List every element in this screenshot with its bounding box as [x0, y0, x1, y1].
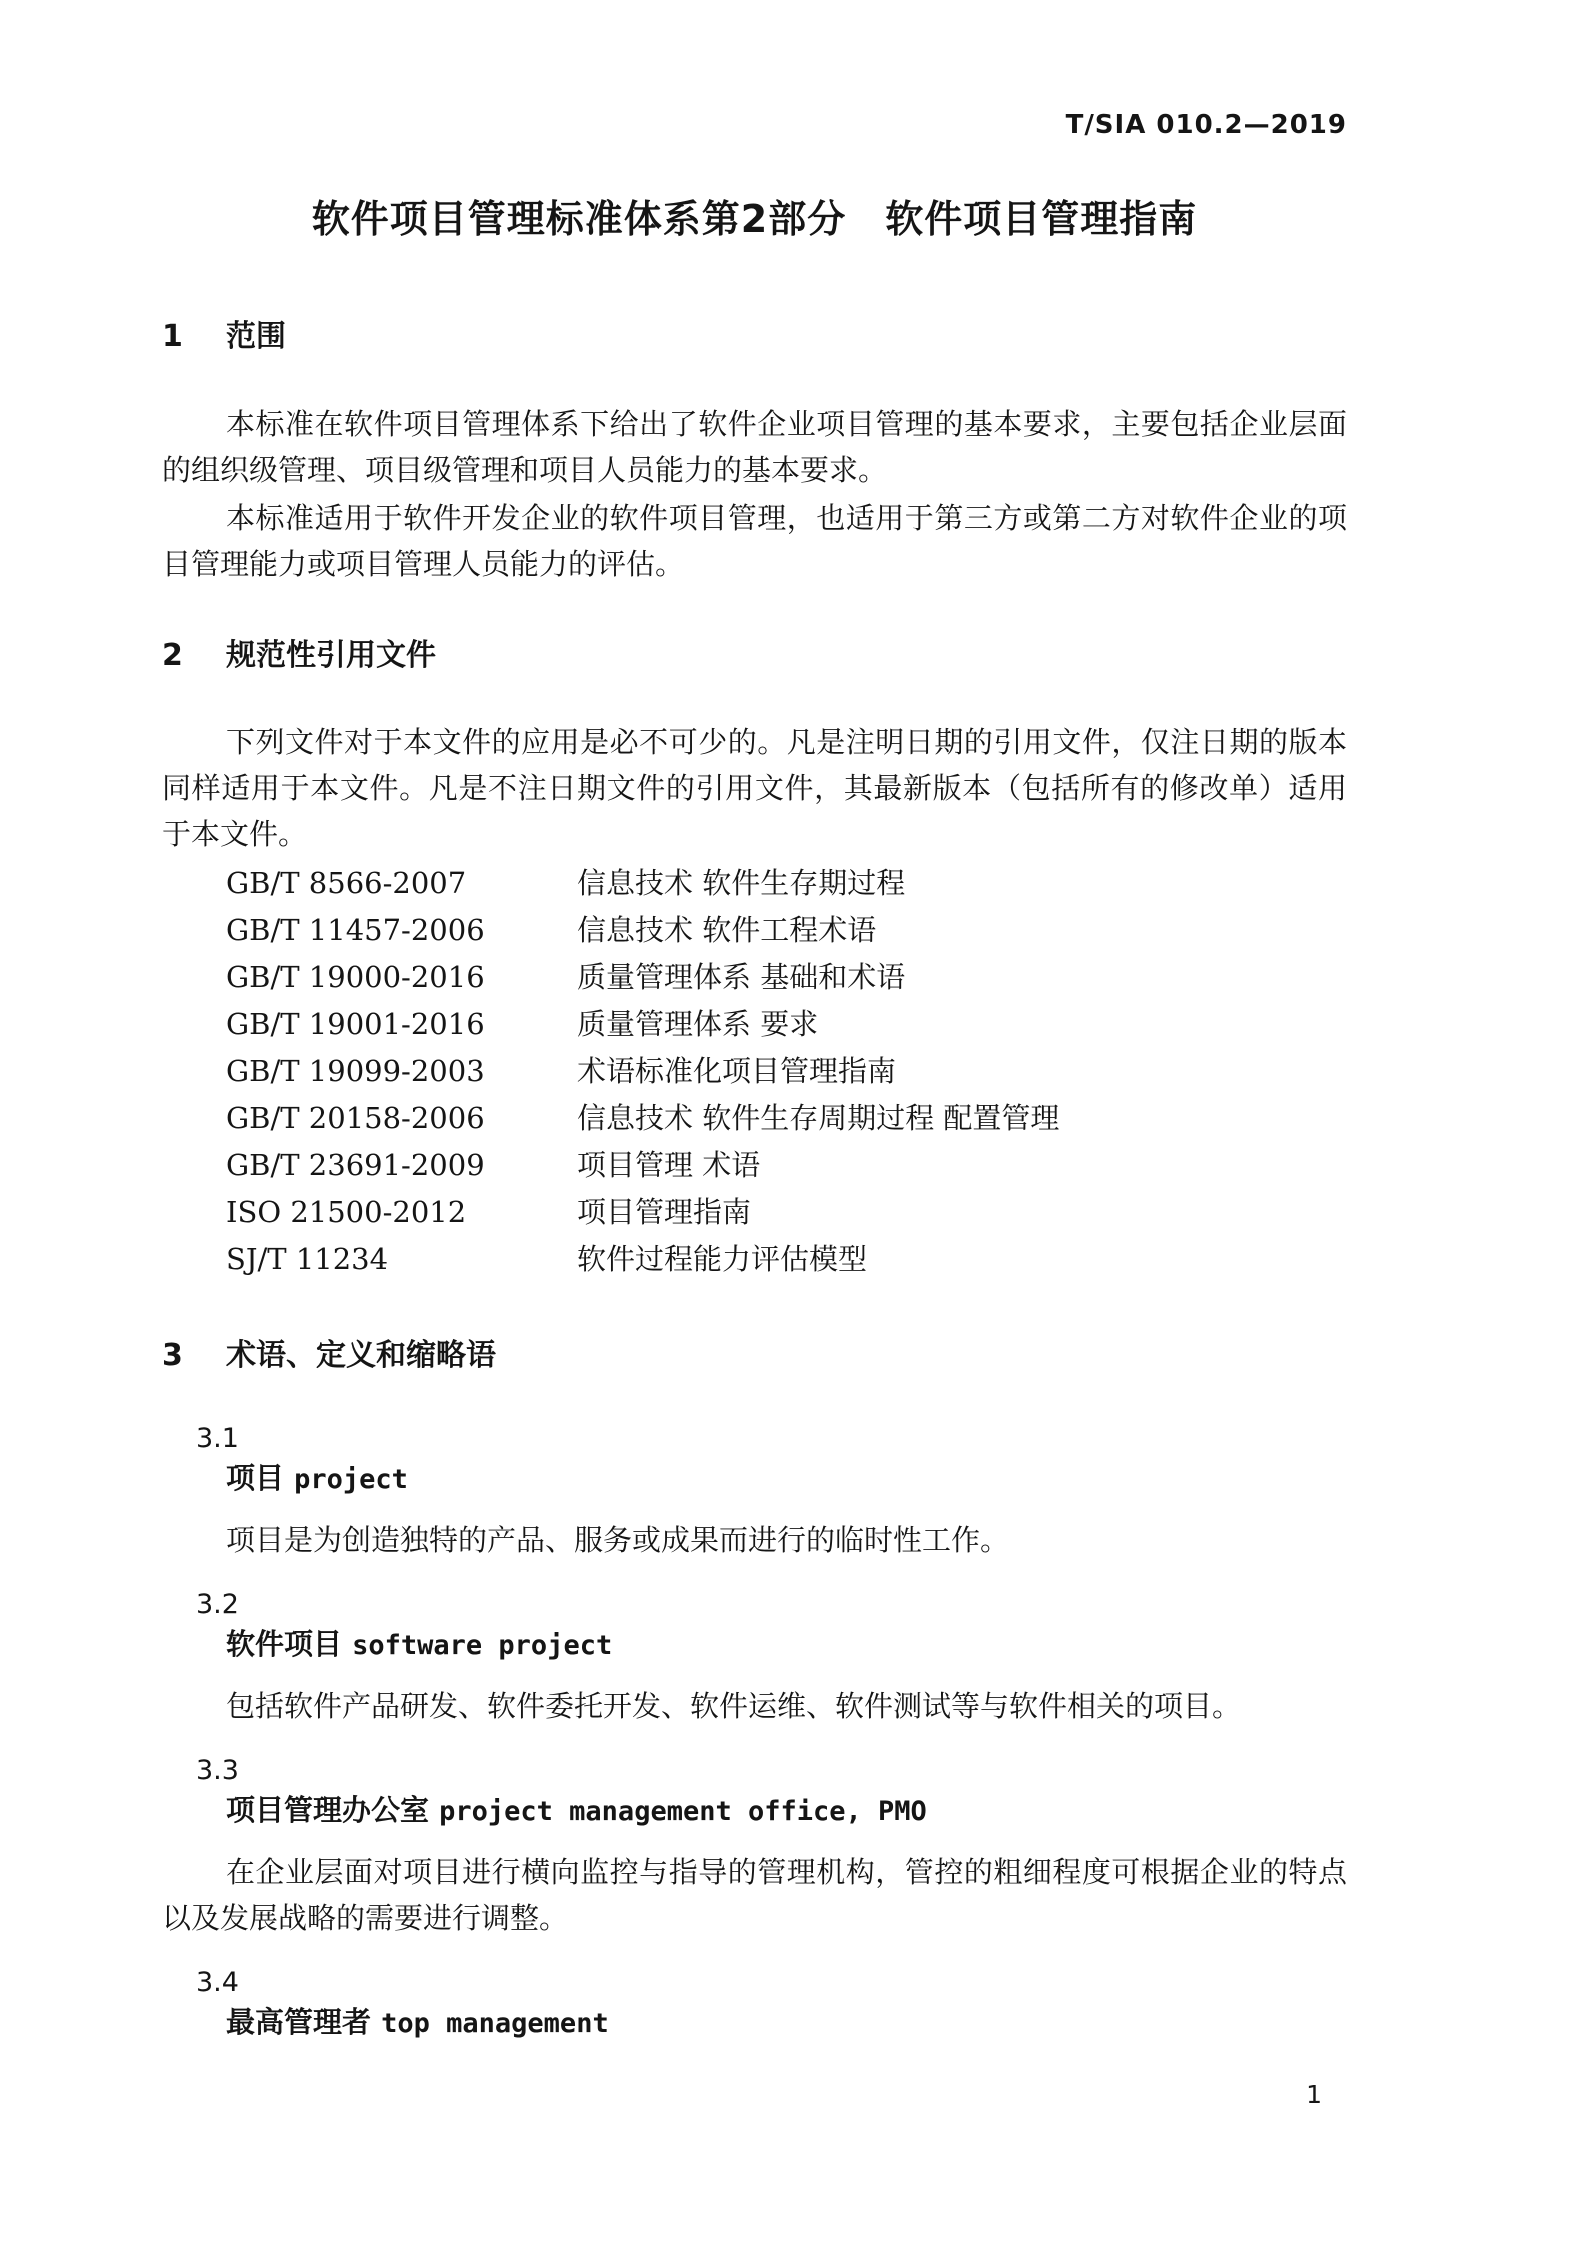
reference-title: 信息技术 软件生存周期过程 配置管理 [577, 1101, 1059, 1135]
reference-item: GB/T 11457-2006信息技术 软件工程术语 [226, 907, 1347, 954]
reference-item: GB/T 20158-2006信息技术 软件生存周期过程 配置管理 [226, 1095, 1347, 1142]
terms-list: 3.1 项目 project 项目是为创造独特的产品、服务或成果而进行的临时性工… [162, 1425, 1347, 2107]
term-id: 3.1 [196, 1425, 1347, 1452]
reference-item: ISO 21500-2012项目管理指南 [226, 1189, 1347, 1236]
reference-code: GB/T 11457-2006 [226, 907, 577, 954]
references-list: GB/T 8566-2007信息技术 软件生存期过程 GB/T 11457-20… [162, 860, 1347, 1283]
term-name: 项目管理办公室 project management office, PMO [226, 1796, 1347, 1825]
term-definition: 包括软件产品研发、软件委托开发、软件运维、软件测试等与软件相关的项目。 [162, 1683, 1347, 1729]
section-heading-terms: 3术语、定义和缩略语 [162, 1341, 1347, 1371]
reference-item: GB/T 19099-2003术语标准化项目管理指南 [226, 1048, 1347, 1095]
reference-title: 软件过程能力评估模型 [577, 1242, 867, 1276]
reference-code: ISO 21500-2012 [226, 1189, 577, 1236]
term-name-en: project [294, 1464, 408, 1495]
reference-title: 质量管理体系 要求 [577, 1007, 818, 1041]
section-number: 1 [162, 322, 226, 352]
term-id: 3.3 [196, 1757, 1347, 1784]
term-name-en: top management [381, 2008, 609, 2039]
section-label: 规范性引用文件 [226, 638, 436, 673]
term-block: 3.3 项目管理办公室 project management office, P… [162, 1757, 1347, 1941]
section-number: 3 [162, 1341, 226, 1371]
term-id: 3.2 [196, 1591, 1347, 1618]
reference-item: SJ/T 11234软件过程能力评估模型 [226, 1236, 1347, 1283]
term-name: 最高管理者 top management [226, 2008, 1347, 2037]
term-definition: 项目是为创造独特的产品、服务或成果而进行的临时性工作。 [162, 1517, 1347, 1563]
page-number: 1 [1306, 2082, 1322, 2107]
term-name-zh: 软件项目 [226, 1627, 342, 1661]
doc-title: 软件项目管理标准体系第2部分 软件项目管理指南 [162, 200, 1347, 238]
reference-code: SJ/T 11234 [226, 1236, 577, 1283]
references-intro: 下列文件对于本文件的应用是必不可少的。凡是注明日期的引用文件，仅注日期的版本同样… [162, 719, 1347, 857]
reference-code: GB/T 19001-2016 [226, 1001, 577, 1048]
term-name-zh: 项目 [226, 1461, 284, 1495]
scope-paragraph-1: 本标准在软件项目管理体系下给出了软件企业项目管理的基本要求，主要包括企业层面的组… [162, 401, 1347, 493]
term-name: 项目 project [226, 1464, 1347, 1493]
reference-code: GB/T 20158-2006 [226, 1095, 577, 1142]
term-name: 软件项目 software project [226, 1630, 1347, 1659]
reference-title: 信息技术 软件工程术语 [577, 913, 876, 947]
term-definition: 在企业层面对项目进行横向监控与指导的管理机构，管控的粗细程度可根据企业的特点以及… [162, 1849, 1347, 1941]
term-name-en: project management office, PMO [439, 1796, 927, 1827]
section-label: 范围 [226, 319, 286, 354]
reference-code: GB/T 19099-2003 [226, 1048, 577, 1095]
reference-title: 项目管理指南 [577, 1195, 751, 1229]
reference-item: GB/T 19001-2016质量管理体系 要求 [226, 1001, 1347, 1048]
term-name-zh: 项目管理办公室 [226, 1793, 429, 1827]
term-block: 3.4 最高管理者 top management [162, 1969, 1347, 2107]
reference-code: GB/T 8566-2007 [226, 860, 577, 907]
term-definition [162, 2061, 1347, 2107]
reference-title: 项目管理 术语 [577, 1148, 760, 1182]
section-label: 术语、定义和缩略语 [226, 1338, 496, 1373]
section-number: 2 [162, 641, 226, 671]
reference-item: GB/T 23691-2009项目管理 术语 [226, 1142, 1347, 1189]
doc-code-header: T/SIA 010.2—2019 [162, 112, 1347, 138]
reference-title: 质量管理体系 基础和术语 [577, 960, 905, 994]
reference-code: GB/T 23691-2009 [226, 1142, 577, 1189]
reference-title: 术语标准化项目管理指南 [577, 1054, 896, 1088]
reference-item: GB/T 19000-2016质量管理体系 基础和术语 [226, 954, 1347, 1001]
term-name-zh: 最高管理者 [226, 2005, 371, 2039]
document-page: T/SIA 010.2—2019 软件项目管理标准体系第2部分 软件项目管理指南… [0, 0, 1587, 2245]
reference-item: GB/T 8566-2007信息技术 软件生存期过程 [226, 860, 1347, 907]
reference-code: GB/T 19000-2016 [226, 954, 577, 1001]
term-block: 3.1 项目 project 项目是为创造独特的产品、服务或成果而进行的临时性工… [162, 1425, 1347, 1563]
reference-title: 信息技术 软件生存期过程 [577, 866, 905, 900]
section-heading-normative-references: 2规范性引用文件 [162, 641, 1347, 671]
term-block: 3.2 软件项目 software project 包括软件产品研发、软件委托开… [162, 1591, 1347, 1729]
term-name-en: software project [352, 1630, 612, 1661]
scope-paragraph-2: 本标准适用于软件开发企业的软件项目管理，也适用于第三方或第二方对软件企业的项目管… [162, 495, 1347, 587]
section-heading-scope: 1范围 [162, 322, 1347, 352]
term-id: 3.4 [196, 1969, 1347, 1996]
